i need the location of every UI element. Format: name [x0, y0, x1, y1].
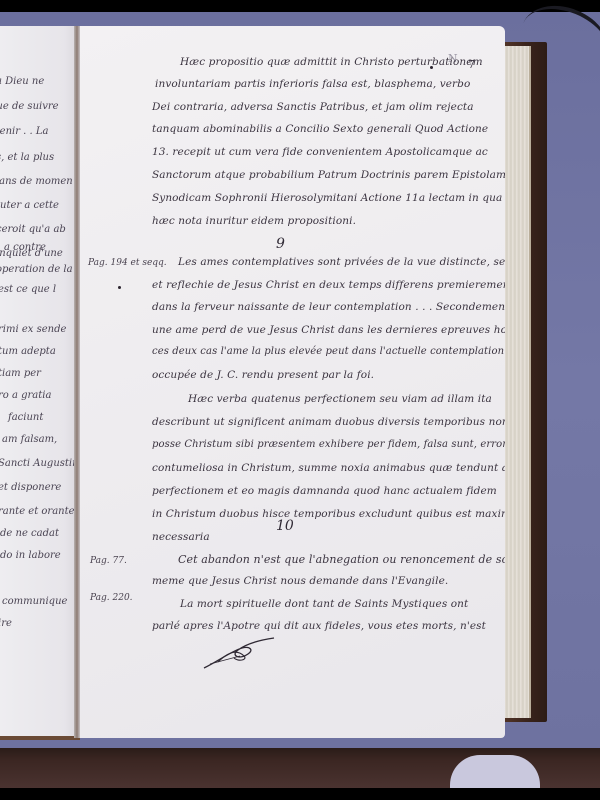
text-line: Dei contraria, adversa Sanctis Patribus,… — [152, 101, 474, 113]
text-line: ces deux cas l'ame la plus elevée peut d… — [152, 346, 505, 357]
left-fragment: s, et la plus — [0, 152, 54, 163]
paraph-flourish-icon — [200, 634, 280, 674]
left-fragment: am falsam, — [2, 434, 57, 445]
top-letterbox — [0, 0, 600, 12]
text-line: involuntariam partis inferioris falsa es… — [155, 78, 470, 90]
left-fragment: outer a cette — [0, 200, 59, 211]
text-line: hæc nota inuritur eidem propositioni. — [152, 215, 356, 227]
text-line: describunt ut significent animam duobus … — [152, 416, 505, 428]
left-fragment: sans de momen — [0, 176, 73, 187]
text-line: tanquam abominabilis a Concilio Sexto ge… — [152, 123, 488, 135]
text-line: Cet abandon n'est que l'abnegation ou re… — [178, 553, 505, 566]
margin-page-reference: Pag. 77. — [90, 556, 127, 566]
text-line: Hæc propositio quæ admittit in Christo p… — [180, 56, 483, 68]
left-fragment: Sancti Augustin — [0, 458, 79, 469]
left-page: a Dieu ne que de suivre venir . . La s, … — [0, 26, 80, 740]
text-line: perfectionem et eo magis damnanda quod h… — [152, 485, 497, 497]
section-number-9: 9 — [276, 236, 285, 252]
text-line: necessaria — [152, 531, 210, 543]
text-line: posse Christum sibi præsentem exhibere p… — [152, 439, 505, 450]
margin-page-reference: Pag. 220. — [90, 593, 133, 603]
left-fragment: do in labore — [0, 550, 61, 561]
ink-dot — [118, 286, 121, 289]
left-fragment: que de suivre — [0, 101, 59, 112]
text-line: La mort spirituelle dont tant de Saints … — [180, 598, 468, 610]
bottom-letterbox — [0, 788, 600, 800]
text-line: 13. recepit ut cum vera fide conveniente… — [152, 146, 488, 158]
left-fragment: operation de la — [0, 264, 73, 275]
text-line: contumeliosa in Christum, summe noxia an… — [152, 462, 505, 474]
left-fragment: venir . . La — [0, 126, 48, 137]
left-fragment: tum adepta — [0, 346, 56, 357]
left-fragment: de ne cadat — [0, 528, 59, 539]
text-line: parlé apres l'Apotre qui dit aux fideles… — [152, 620, 486, 632]
left-fragment: tiam per — [0, 368, 41, 379]
section-number-10: 10 — [276, 518, 294, 534]
left-fragment: ro a gratia — [0, 390, 51, 401]
left-fragment: rante et orante — [0, 506, 75, 517]
cloth — [450, 755, 540, 790]
left-fragment: est ce que l — [0, 284, 56, 295]
margin-page-reference: Pag. 194 et seqq. — [88, 258, 167, 268]
text-line: dans la ferveur naissante de leur contem… — [152, 301, 505, 313]
left-fragment: ire — [0, 618, 12, 629]
text-line: occupée de J. C. rendu present par la fo… — [152, 369, 374, 381]
left-fragment: rimi ex sende — [0, 324, 66, 335]
left-fragment: ceroit qu'a ab — [0, 224, 66, 235]
left-fragment: faciunt — [8, 412, 43, 423]
text-line: Synodicam Sophronii Hierosolymitani Acti… — [152, 192, 502, 204]
left-fragment: a Dieu ne — [0, 76, 44, 87]
left-fragment: communique — [2, 596, 67, 607]
text-line: in Christum duobus hisce temporibus excl… — [152, 508, 505, 520]
left-fragment: a contre — [4, 242, 46, 253]
text-line: une ame perd de vue Jesus Christ dans le… — [152, 324, 505, 336]
left-fragment: et disponere — [0, 482, 61, 493]
text-line: Hæc verba quatenus perfectionem seu viam… — [188, 393, 492, 405]
text-line: Sanctorum atque probabilium Patrum Doctr… — [152, 169, 505, 181]
text-line: et reflechie de Jesus Christ en deux tem… — [152, 279, 505, 291]
text-line: Les ames contemplatives sont privées de … — [178, 256, 505, 268]
right-page: N 7 Hæc propositio quæ admittit in Chris… — [80, 26, 505, 738]
text-line: meme que Jesus Christ nous demande dans … — [152, 575, 448, 587]
